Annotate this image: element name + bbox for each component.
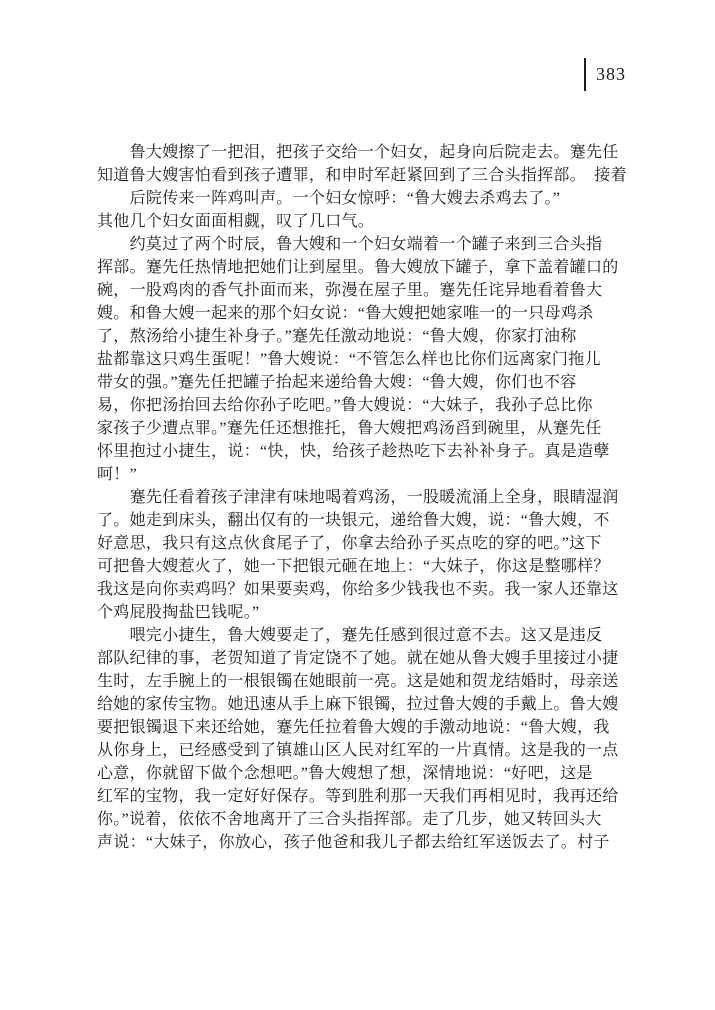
- text-line: 你。”说着，依依不舍地离开了三合头指挥部。走了几步，她又转回头大: [97, 808, 637, 831]
- text-line: 知道鲁大嫂害怕看到孩子遭罪，和申时军赶紧回到了三合头指挥部。 接着: [97, 164, 637, 187]
- text-line: 红军的宝物，我一定好好保存。等到胜利那一天我们再相见时，我再还给: [97, 785, 637, 808]
- body-text: 鲁大嫂擦了一把泪，把孩子交给一个妇女，起身向后院走去。蹇先任 知道鲁大嫂害怕看到…: [97, 141, 637, 854]
- text-line: 从你身上，已经感受到了镇雄山区人民对红军的一片真情。这是我的一点: [97, 739, 637, 762]
- text-line: 盐都靠这只鸡生蛋呢！”鲁大嫂说：“不管怎么样也比你们远离家门拖儿: [97, 348, 637, 371]
- text-line: 了。她走到床头，翻出仅有的一块银元，递给鲁大嫂，说：“鲁大嫂，不: [97, 509, 637, 532]
- text-line: 约莫过了两个时辰，鲁大嫂和一个妇女端着一个罐子来到三合头指: [97, 233, 637, 256]
- text-line: 易，你把汤抬回去给你孙子吃吧。”鲁大嫂说：“大妹子，我孙子总比你: [97, 394, 637, 417]
- text-line: 嫂。和鲁大嫂一起来的那个妇女说：“鲁大嫂把她家唯一的一只母鸡杀: [97, 302, 637, 325]
- book-page: 383 鲁大嫂擦了一把泪，把孩子交给一个妇女，起身向后院走去。蹇先任 知道鲁大嫂…: [0, 0, 715, 1010]
- text-line: 生时，左手腕上的一根银镯在她眼前一亮。这是她和贺龙结婚时，母亲送: [97, 670, 637, 693]
- text-line: 可把鲁大嫂惹火了，她一下把银元砸在地上：“大妹子，你这是整哪样？: [97, 555, 637, 578]
- text-line: 蹇先任看着孩子津津有味地喝着鸡汤，一股暖流涌上全身，眼睛湿润: [97, 486, 637, 509]
- text-line: 家孩子少遭点罪。”蹇先任还想推托，鲁大嫂把鸡汤舀到碗里，从蹇先任: [97, 417, 637, 440]
- text-line: 喂完小捷生，鲁大嫂要走了，蹇先任感到很过意不去。这又是违反: [97, 624, 637, 647]
- text-line: 给她的家传宝物。她迅速从手上麻下银镯，拉过鲁大嫂的手戴上。鲁大嫂: [97, 693, 637, 716]
- text-line: 鲁大嫂擦了一把泪，把孩子交给一个妇女，起身向后院走去。蹇先任: [97, 141, 637, 164]
- text-line: 声说：“大妹子，你放心，孩子他爸和我儿子都去给红军送饭去了。村子: [97, 831, 637, 854]
- text-line: 好意思，我只有这点伙食尾子了，你拿去给孙子买点吃的穿的吧。”这下: [97, 532, 637, 555]
- folio: 383: [584, 58, 626, 91]
- text-line: 部队纪律的事，老贺知道了肯定饶不了她。就在她从鲁大嫂手里接过小捷: [97, 647, 637, 670]
- text-line: 我这是向你卖鸡吗？如果要卖鸡，你给多少钱我也不卖。我一家人还靠这: [97, 578, 637, 601]
- text-line: 心意，你就留下做个念想吧。”鲁大嫂想了想，深情地说：“好吧，这是: [97, 762, 637, 785]
- text-line: 挥部。蹇先任热情地把她们让到屋里。鲁大嫂放下罐子，拿下盖着罐口的: [97, 256, 637, 279]
- text-line: 其他几个妇女面面相觑，叹了几口气。: [97, 210, 637, 233]
- page-number: 383: [596, 64, 626, 85]
- page-number-rule: [584, 58, 586, 91]
- text-line: 碗，一股鸡肉的香气扑面而来，弥漫在屋子里。蹇先任诧异地看着鲁大: [97, 279, 637, 302]
- text-line: 要把银镯退下来还给她，蹇先任拉着鲁大嫂的手激动地说：“鲁大嫂，我: [97, 716, 637, 739]
- text-line: 了，熬汤给小捷生补身子。”蹇先任激动地说：“鲁大嫂，你家打油称: [97, 325, 637, 348]
- text-line: 带女的强。”蹇先任把罐子抬起来递给鲁大嫂：“鲁大嫂，你们也不容: [97, 371, 637, 394]
- text-line: 怀里抱过小捷生，说：“快，快，给孩子趁热吃下去补补身子。真是造孽: [97, 440, 637, 463]
- text-line: 呵！”: [97, 463, 637, 486]
- text-line: 后院传来一阵鸡叫声。一个妇女惊呼：“鲁大嫂去杀鸡去了。”: [97, 187, 637, 210]
- text-line: 个鸡屁股掏盐巴钱呢。”: [97, 601, 637, 624]
